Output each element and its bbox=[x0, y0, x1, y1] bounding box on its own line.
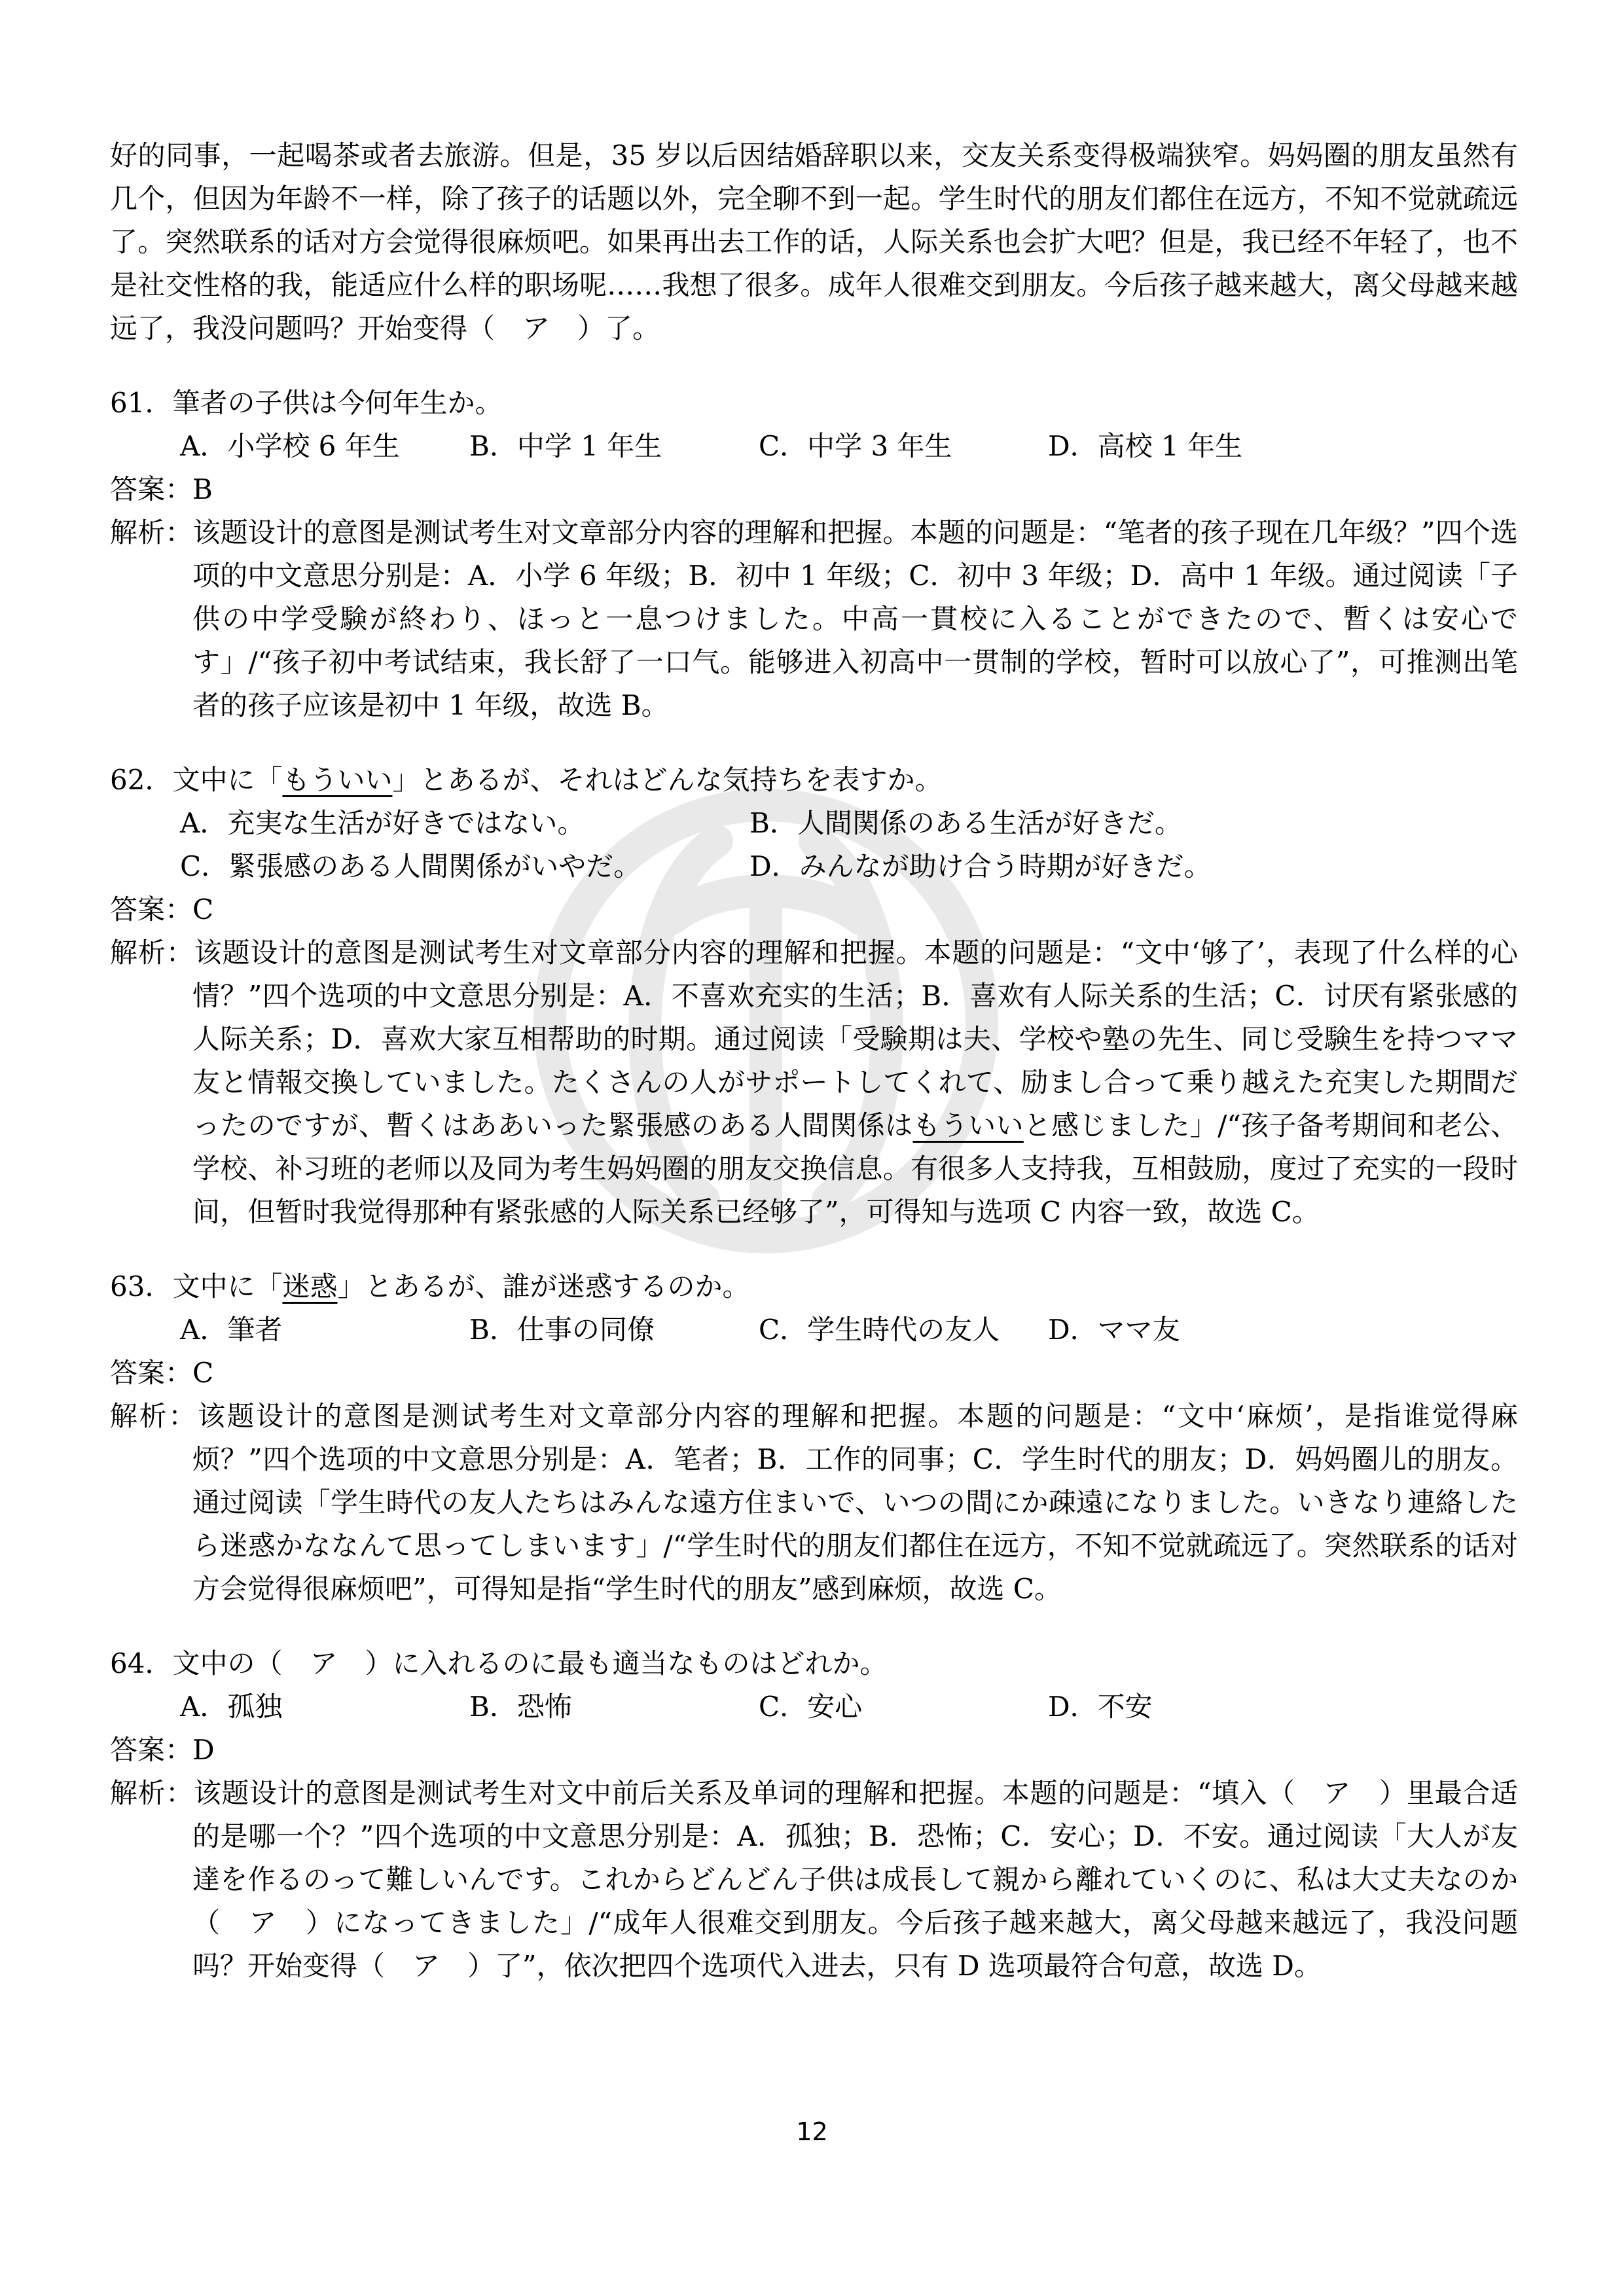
question-64-analysis-text: 该题设计的意图是测试考生对文中前后关系及单词的理解和把握。本题的问题是：“填入（… bbox=[192, 1777, 1518, 1982]
question-64-stem-text: 64．文中の（ ア ）に入れるのに最も適当なものはどれか。 bbox=[110, 1647, 887, 1679]
question-63-answer-line: 答案：C bbox=[110, 1352, 1518, 1395]
answer-label: 答案： bbox=[110, 1734, 192, 1766]
question-63-answer: C bbox=[192, 1357, 213, 1389]
question-63-analysis: 解析：该题设计的意图是测试考生对文章部分内容的理解和把握。本题的问题是：“文中‘… bbox=[110, 1395, 1518, 1611]
question-64-stem: 64．文中の（ ア ）に入れるのに最も適当なものはどれか。 bbox=[110, 1642, 1518, 1685]
question-61-block: 61．筆者の子供は今何年生か。 A．小学校 6 年生 B．中学 1 年生 C．中… bbox=[110, 382, 1518, 727]
question-63-stem-post: 」とあるが、誰が迷惑するのか。 bbox=[337, 1270, 749, 1302]
question-62-options-row-1: A．充実な生活が好きではない。 B．人間関係のある生活が好きだ。 bbox=[110, 802, 1518, 845]
question-61-stem: 61．筆者の子供は今何年生か。 bbox=[110, 382, 1518, 425]
question-61-answer-line: 答案：B bbox=[110, 468, 1518, 511]
question-61-options: A．小学校 6 年生 B．中学 1 年生 C．中学 3 年生 D．高校 1 年生 bbox=[110, 425, 1518, 468]
question-63-option-a: A．筆者 bbox=[180, 1308, 469, 1352]
question-62-analysis-underlined-term: もういい bbox=[913, 1109, 1024, 1141]
question-62-underlined-term: もういい bbox=[282, 764, 392, 796]
question-64-option-c: C．安心 bbox=[759, 1685, 1048, 1729]
intro-paragraph: 好的同事，一起喝茶或者去旅游。但是，35 岁以后因结婚辞职以来，交友关系变得极端… bbox=[110, 134, 1518, 350]
question-62-stem-pre: 62．文中に「 bbox=[110, 764, 282, 796]
question-63-stem: 63．文中に「迷惑」とあるが、誰が迷惑するのか。 bbox=[110, 1265, 1518, 1308]
question-64-answer: D bbox=[192, 1734, 215, 1766]
question-62-answer: C bbox=[192, 893, 213, 925]
question-62-answer-line: 答案：C bbox=[110, 888, 1518, 931]
question-62-stem-post: 」とあるが、それはどんな気持ちを表すか。 bbox=[392, 764, 942, 796]
question-61-option-b: B．中学 1 年生 bbox=[469, 425, 759, 468]
analysis-label: 解析： bbox=[110, 1400, 198, 1432]
document-page: 好的同事，一起喝茶或者去旅游。但是，35 岁以后因结婚辞职以来，交友关系变得极端… bbox=[0, 0, 1624, 1988]
question-62-option-b: B．人間関係のある生活が好きだ。 bbox=[749, 802, 1182, 845]
question-64-options: A．孤独 B．恐怖 C．安心 D．不安 bbox=[110, 1685, 1518, 1729]
question-62-option-d: D．みんなが助け合う時期が好きだ。 bbox=[749, 845, 1212, 888]
question-64-option-d: D．不安 bbox=[1048, 1685, 1153, 1729]
page-number: 12 bbox=[0, 2119, 1624, 2144]
question-61-stem-text: 61．筆者の子供は今何年生か。 bbox=[110, 387, 502, 419]
question-64-answer-line: 答案：D bbox=[110, 1729, 1518, 1772]
question-63-block: 63．文中に「迷惑」とあるが、誰が迷惑するのか。 A．筆者 B．仕事の同僚 C．… bbox=[110, 1265, 1518, 1611]
question-63-option-c: C．学生時代の友人 bbox=[759, 1308, 1048, 1352]
question-64-option-b: B．恐怖 bbox=[469, 1685, 759, 1729]
question-61-option-d: D．高校 1 年生 bbox=[1048, 425, 1242, 468]
question-62-stem: 62．文中に「もういい」とあるが、それはどんな気持ちを表すか。 bbox=[110, 759, 1518, 802]
question-64-block: 64．文中の（ ア ）に入れるのに最も適当なものはどれか。 A．孤独 B．恐怖 … bbox=[110, 1642, 1518, 1988]
question-63-stem-pre: 63．文中に「 bbox=[110, 1270, 282, 1302]
question-62-analysis: 解析：该题设计的意图是测试考生对文章部分内容的理解和把握。本题的问题是：“文中‘… bbox=[110, 931, 1518, 1234]
question-64-option-a: A．孤独 bbox=[180, 1685, 469, 1729]
question-63-options: A．筆者 B．仕事の同僚 C．学生時代の友人 D．ママ友 bbox=[110, 1308, 1518, 1352]
answer-label: 答案： bbox=[110, 473, 192, 505]
answer-label: 答案： bbox=[110, 893, 192, 925]
analysis-label: 解析： bbox=[110, 937, 194, 969]
question-63-analysis-text: 该题设计的意图是测试考生对文章部分内容的理解和把握。本题的问题是：“文中‘麻烦’… bbox=[192, 1400, 1518, 1605]
question-62-options-row-2: C．緊張感のある人間関係がいやだ。 D．みんなが助け合う時期が好きだ。 bbox=[110, 845, 1518, 888]
question-62-option-c: C．緊張感のある人間関係がいやだ。 bbox=[180, 845, 749, 888]
question-61-analysis-text: 该题设计的意图是测试考生对文章部分内容的理解和把握。本题的问题是：“笔者的孩子现… bbox=[192, 516, 1518, 721]
analysis-label: 解析： bbox=[110, 516, 192, 548]
question-61-option-c: C．中学 3 年生 bbox=[759, 425, 1048, 468]
question-64-analysis: 解析：该题设计的意图是测试考生对文中前后关系及单词的理解和把握。本题的问题是：“… bbox=[110, 1772, 1518, 1988]
question-63-underlined-term: 迷惑 bbox=[282, 1270, 337, 1302]
question-61-option-a: A．小学校 6 年生 bbox=[180, 425, 469, 468]
question-63-option-b: B．仕事の同僚 bbox=[469, 1308, 759, 1352]
question-62-block: 62．文中に「もういい」とあるが、それはどんな気持ちを表すか。 A．充実な生活が… bbox=[110, 759, 1518, 1234]
question-61-analysis: 解析：该题设计的意图是测试考生对文章部分内容的理解和把握。本题的问题是：“笔者的… bbox=[110, 511, 1518, 727]
question-61-answer: B bbox=[192, 473, 213, 505]
answer-label: 答案： bbox=[110, 1357, 192, 1389]
question-62-option-a: A．充実な生活が好きではない。 bbox=[180, 802, 749, 845]
question-63-option-d: D．ママ友 bbox=[1048, 1308, 1180, 1352]
analysis-label: 解析： bbox=[110, 1777, 194, 1809]
